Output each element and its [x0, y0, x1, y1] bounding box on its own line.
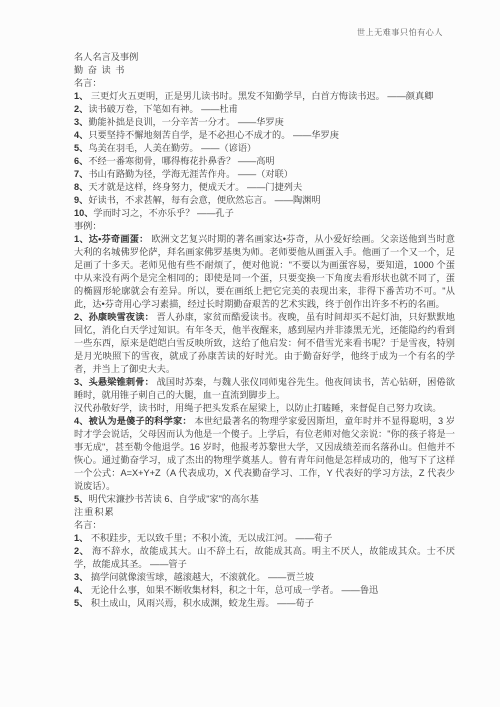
item-text: 好读书，不求甚解，每有会意，便欣然忘言。 ——陶渊明	[88, 195, 320, 205]
list-item: 3、 搞学问就像滚雪球，越滚越大，不滚就化。 ——贾兰坡	[74, 571, 455, 584]
item-text: 勤能补拙是良训，一分辛苦一分才。 ——华罗庚	[88, 117, 284, 127]
item-number: 2、	[74, 546, 89, 556]
item-number: 5、	[74, 598, 88, 608]
item-number: 3、	[74, 117, 88, 127]
list-item: 6、不经一番寒彻骨，哪得梅花扑鼻香？ ——高明	[74, 155, 455, 168]
item-number: 2、	[74, 104, 88, 114]
item-text: 三更灯火五更明，正是男儿读书时。黑发不知勤学早，白首方悔读书迟。 ——颜真卿	[88, 91, 433, 101]
item-text: 天才就是这样，终身努力，便成天才。 ——门捷列夫	[88, 182, 302, 192]
item-number: 4、	[74, 130, 88, 140]
list-item: 8、天才就是这样，终身努力，便成天才。 ——门捷列夫	[74, 181, 455, 194]
item-text: 不经一番寒彻骨，哪得梅花扑鼻香？ ——高明	[88, 156, 274, 166]
item-text: 汉代孙敬好学，读书时，用绳子把头发系在屋梁上，以防止打瞌睡，来督促自己努力攻读。	[74, 403, 442, 413]
section-title: 注重积累	[74, 506, 455, 519]
item-text: 欧洲文艺复兴时期的著名画家达•芬奇，从小爱好绘画。父亲送他到当时意大利的名城佛罗…	[74, 234, 455, 309]
item-text: 积土成山，风雨兴焉，积水成渊，蛟龙生焉。 ——荀子	[88, 598, 314, 608]
block-label: 名言：	[74, 77, 455, 90]
list-item: 1、达•芬奇画蛋： 欧洲文艺复兴时期的著名画家达•芬奇，从小爱好绘画。父亲送他到…	[74, 233, 455, 311]
item-text: 无论什么事，如果不断收集材料，积之十年，总可成一学者。 ——鲁迅	[88, 585, 378, 595]
list-item: 2、 海不辞水，故能成其大。山不辞土石，故能成其高。明主不厌人，故能成其众。士不…	[74, 545, 455, 571]
list-item: 9、好读书，不求甚解，每有会意，便欣然忘言。 ——陶渊明	[74, 194, 455, 207]
item-number: 3、	[74, 377, 89, 387]
item-text: 鸟美在羽毛，人美在勤劳。 ——（谚语）	[88, 143, 256, 153]
list-item: 7、书山有路勤为径，学海无涯苦作舟。 ——（对联）	[74, 168, 455, 181]
list-item: 10、学而时习之，不亦乐乎？ ——孔子	[74, 207, 455, 220]
item-number: 4、	[74, 585, 88, 595]
list-item: 3、勤能补拙是良训，一分辛苦一分才。 ——华罗庚	[74, 116, 455, 129]
item-number: 10、	[74, 208, 93, 218]
list-item: 4、只要坚持不懈地刻苦自学，是不必担心不成才的。 ——华罗庚	[74, 129, 455, 142]
item-text: 书山有路勤为径，学海无涯苦作舟。 ——（对联）	[88, 169, 293, 179]
item-number: 7、	[74, 169, 88, 179]
item-number: 6、	[74, 156, 88, 166]
item-text: 只要坚持不懈地刻苦自学，是不必担心不成才的。 ——华罗庚	[88, 130, 339, 140]
item-lead: 被认为是傻子的科学家：	[89, 416, 192, 426]
item-lead: 达•芬奇画蛋：	[89, 234, 149, 244]
block-label: 事例：	[74, 220, 455, 233]
item-lead: 头悬梁锥刺骨：	[89, 377, 154, 387]
list-item: 2、孙康映雪夜读： 晋人孙康，家贫而酷爱读书。夜晚，虽有时间却买不起灯油，只好默…	[74, 311, 455, 376]
list-item: 4、 无论什么事，如果不断收集材料，积之十年，总可成一学者。 ——鲁迅	[74, 584, 455, 597]
item-number: 4、	[74, 416, 89, 426]
sections-container: 勤 奋 读 书名言：1、 三更灯火五更明，正是男儿读书时。黑发不知勤学早，白首方…	[74, 64, 455, 610]
item-text: 明代宋濂抄书苦读 6、自学成"家"的高尔基	[88, 494, 258, 504]
item-text: 本世纪最著名的物理学家爱因斯坦，童年时并不显得聪明，3 岁时才学会说话，父母因而…	[74, 416, 455, 491]
document-page: 世上无难事只怕有心人 名人名言及事例 勤 奋 读 书名言：1、 三更灯火五更明，…	[0, 0, 500, 707]
item-lead: 孙康映雪夜读：	[89, 312, 154, 322]
item-text: 读书破万卷，下笔如有神。 ——杜甫	[88, 104, 238, 114]
item-number: 5、	[74, 143, 88, 153]
page-header-watermark: 世上无难事只怕有心人	[357, 27, 443, 38]
item-number: 1、	[74, 91, 88, 101]
item-number: 1、	[74, 234, 89, 244]
list-item: 3、头悬梁锥刺骨： 战国时苏秦，与魏人张仪同师鬼谷先生。他夜间读书，苦心钻研，困…	[74, 376, 455, 402]
item-text: 海不辞水，故能成其大。山不辞土石，故能成其高。明主不厌人，故能成其众。士不厌学，…	[74, 546, 455, 569]
list-item: 5、明代宋濂抄书苦读 6、自学成"家"的高尔基	[74, 493, 455, 506]
list-item: 1、 不积跬步，无以致千里；不积小流，无以成江河。 ——荀子	[74, 532, 455, 545]
list-item: 5、 积土成山，风雨兴焉，积水成渊，蛟龙生焉。 ——荀子	[74, 597, 455, 610]
list-item: 5、鸟美在羽毛，人美在勤劳。 ——（谚语）	[74, 142, 455, 155]
list-item: 1、 三更灯火五更明，正是男儿读书时。黑发不知勤学早，白首方悔读书迟。 ——颜真…	[74, 90, 455, 103]
item-number: 1、	[74, 533, 88, 543]
section-title: 勤 奋 读 书	[74, 64, 455, 77]
document-heading: 名人名言及事例	[74, 51, 455, 64]
item-number: 8、	[74, 182, 88, 192]
item-number: 3、	[74, 572, 88, 582]
item-text: 搞学问就像滚雪球，越滚越大，不滚就化。 ——贾兰坡	[88, 572, 314, 582]
item-number: 5、	[74, 494, 88, 504]
item-text: 不积跬步，无以致千里；不积小流，无以成江河。 ——荀子	[88, 533, 332, 543]
block-label: 名言：	[74, 519, 455, 532]
list-item: 4、被认为是傻子的科学家： 本世纪最著名的物理学家爱因斯坦，童年时并不显得聪明，…	[74, 415, 455, 493]
list-item: 2、读书破万卷，下笔如有神。 ——杜甫	[74, 103, 455, 116]
item-number: 9、	[74, 195, 88, 205]
item-text: 学而时习之，不亦乐乎？ ——孔子	[93, 208, 233, 218]
list-item: 汉代孙敬好学，读书时，用绳子把头发系在屋梁上，以防止打瞌睡，来督促自己努力攻读。	[74, 402, 455, 415]
item-number: 2、	[74, 312, 89, 322]
document-content: 名人名言及事例 勤 奋 读 书名言：1、 三更灯火五更明，正是男儿读书时。黑发不…	[74, 51, 455, 610]
